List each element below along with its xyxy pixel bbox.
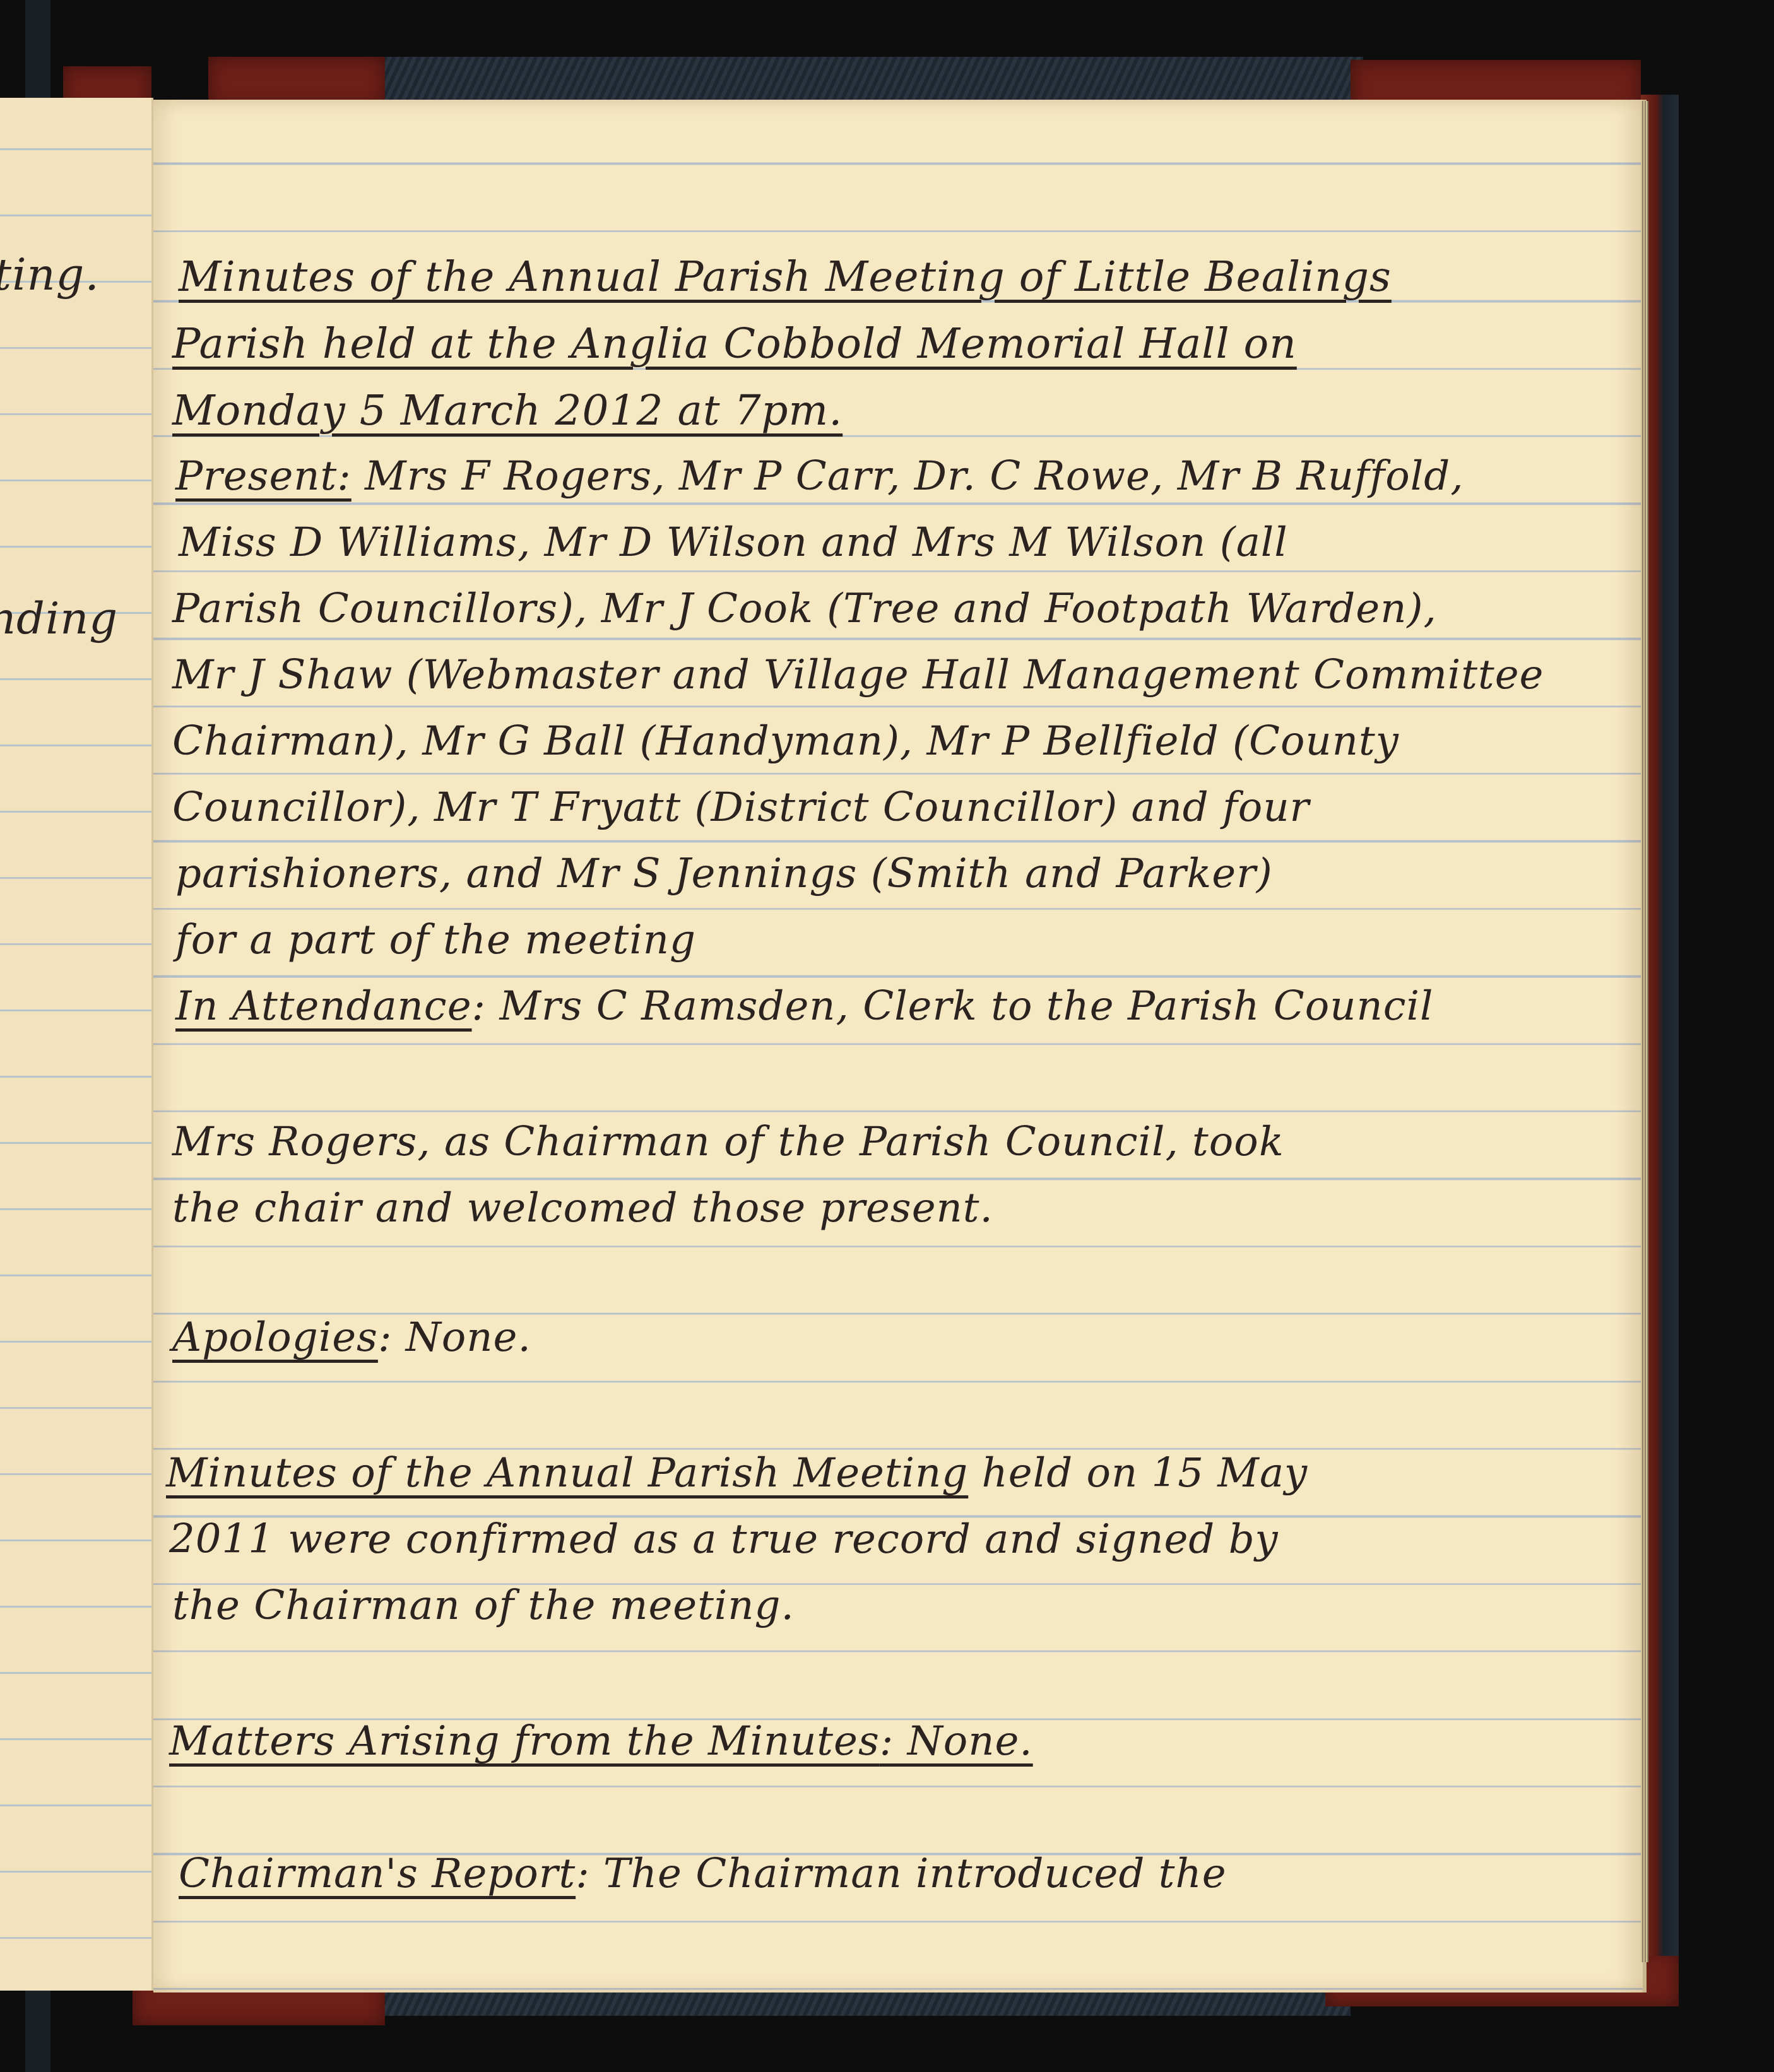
present-line: for a part of the meeting (175, 920, 696, 960)
margin-fragment: nding (0, 596, 118, 640)
left-page: ting. nding (0, 98, 153, 1991)
present-line: Councillor), Mr T Fryatt (District Counc… (172, 787, 1310, 828)
minutes-page: Minutes of the Annual Parish Meeting of … (153, 100, 1647, 1993)
previous-minutes-line: the Chairman of the meeting. (172, 1586, 795, 1626)
present-line: Parish Councillors), Mr J Cook (Tree and… (172, 589, 1437, 629)
page-edges (1641, 101, 1648, 1962)
present-line: parishioners, and Mr S Jennings (Smith a… (175, 854, 1273, 894)
matters-arising-line: Matters Arising from the Minutes: None. (169, 1721, 1033, 1762)
present-heading: Present: (175, 453, 352, 500)
minutes-title-line: Minutes of the Annual Parish Meeting of … (179, 256, 1392, 298)
present-line: Present: Mrs F Rogers, Mr P Carr, Dr. C … (175, 456, 1464, 497)
chairmans-report-heading: Chairman's Report (179, 1851, 576, 1897)
matters-arising-heading: Matters Arising from the Minutes (169, 1718, 880, 1765)
apologies-text: : None. (378, 1314, 531, 1361)
apologies-line: Apologies: None. (172, 1317, 531, 1358)
previous-minutes-line: Minutes of the Annual Parish Meeting hel… (166, 1453, 1308, 1493)
chair-paragraph-line: Mrs Rogers, as Chairman of the Parish Co… (172, 1122, 1284, 1162)
minutes-title-line: Monday 5 March 2012 at 7pm. (172, 390, 843, 432)
previous-minutes-text: held on 15 May (968, 1450, 1308, 1497)
attendance-line: In Attendance: Mrs C Ramsden, Clerk to t… (175, 986, 1433, 1027)
minutes-title-line: Parish held at the Anglia Cobbold Memori… (172, 323, 1297, 365)
attendance-heading: In Attendance (175, 983, 472, 1030)
chairmans-report-line: Chairman's Report: The Chairman introduc… (179, 1854, 1227, 1894)
present-line: Chairman), Mr G Ball (Handyman), Mr P Be… (172, 721, 1399, 762)
attendance-text: : Mrs C Ramsden, Clerk to the Parish Cou… (472, 983, 1434, 1030)
margin-fragment: ting. (0, 252, 100, 297)
chairmans-report-text: : The Chairman introduced the (576, 1851, 1226, 1897)
chair-paragraph-line: the chair and welcomed those present. (172, 1188, 993, 1228)
apologies-heading: Apologies (172, 1314, 378, 1361)
previous-minutes-line: 2011 were confirmed as a true record and… (169, 1519, 1279, 1560)
present-line: Mr J Shaw (Webmaster and Village Hall Ma… (172, 655, 1544, 695)
matters-arising-text: : None. (880, 1718, 1033, 1765)
previous-minutes-heading: Minutes of the Annual Parish Meeting (166, 1450, 968, 1497)
present-line: Miss D Williams, Mr D Wilson and Mrs M W… (179, 522, 1288, 563)
present-text: Mrs F Rogers, Mr P Carr, Dr. C Rowe, Mr … (365, 453, 1464, 500)
